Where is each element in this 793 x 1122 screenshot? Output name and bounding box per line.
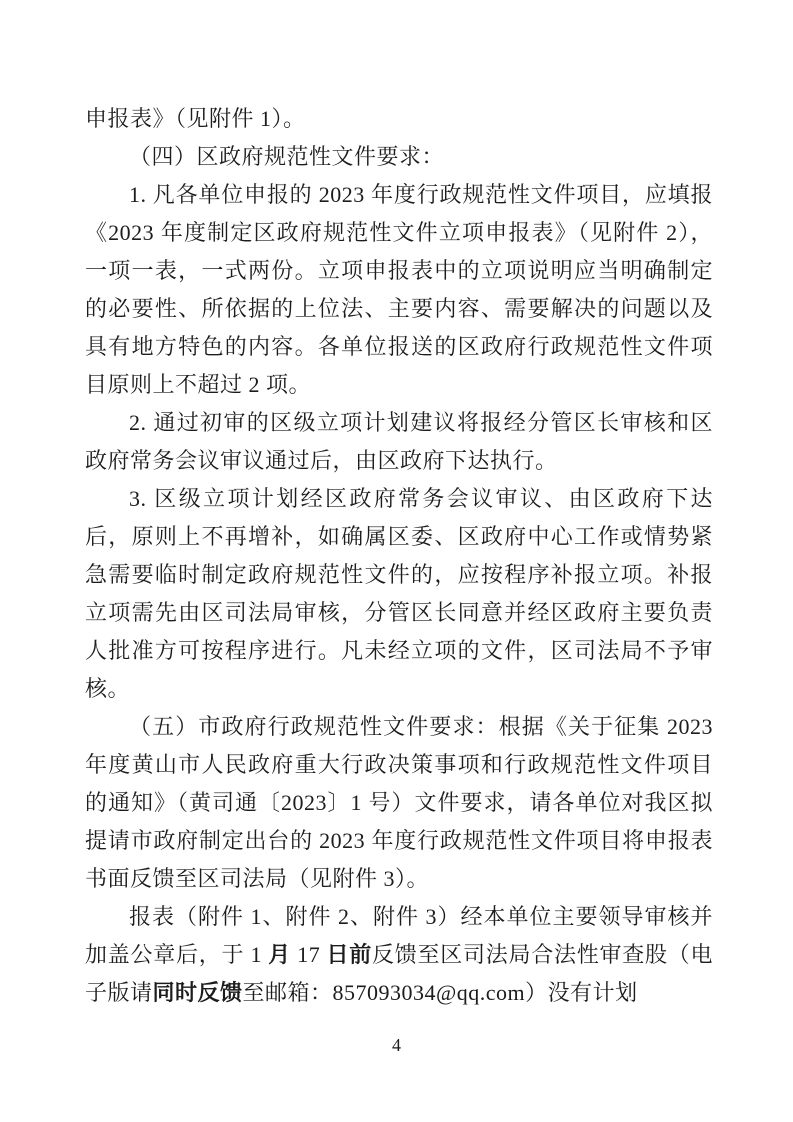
- bold-text-run: 同时反馈: [153, 980, 243, 1005]
- item-2-paragraph: 2. 通过初审的区级立项计划建议将报经分管区长审核和区政府常务会议审议通过后，由…: [85, 404, 713, 480]
- text-run: 17: [291, 942, 327, 967]
- text-run: （四）区政府规范性文件要求：: [129, 144, 444, 169]
- text-run: 2. 通过初审的区级立项计划建议将报经分管区长审核和区政府常务会议审议通过后，由…: [85, 410, 713, 473]
- document-body: 申报表》（见附件 1）。（四）区政府规范性文件要求：1. 凡各单位申报的 202…: [85, 100, 713, 1012]
- section-4-heading: （四）区政府规范性文件要求：: [85, 138, 713, 176]
- text-run: 申报表》（见附件 1）。: [85, 106, 306, 131]
- page-footer: 4: [0, 1034, 793, 1056]
- text-run: 1. 凡各单位申报的 2023 年度行政规范性文件项目，应填报《2023 年度制…: [85, 182, 713, 397]
- bold-text-run: 日前: [326, 942, 372, 967]
- page-number: 4: [392, 1035, 401, 1055]
- document-page: 申报表》（见附件 1）。（四）区政府规范性文件要求：1. 凡各单位申报的 202…: [0, 0, 793, 1122]
- text-run: 至邮箱：857093034@qq.com）没有计划: [243, 980, 638, 1005]
- text-run: （五）市政府行政规范性文件要求：根据《关于征集 2023 年度黄山市人民政府重大…: [85, 714, 713, 891]
- text-run: 3. 区级立项计划经区政府常务会议审议、由区政府下达后，原则上不再增补，如确属区…: [85, 486, 713, 701]
- bold-text-run: 月: [268, 942, 291, 967]
- item-3-paragraph: 3. 区级立项计划经区政府常务会议审议、由区政府下达后，原则上不再增补，如确属区…: [85, 480, 713, 708]
- continuation-paragraph: 申报表》（见附件 1）。: [85, 100, 713, 138]
- section-5-paragraph: （五）市政府行政规范性文件要求：根据《关于征集 2023 年度黄山市人民政府重大…: [85, 708, 713, 898]
- item-1-paragraph: 1. 凡各单位申报的 2023 年度行政规范性文件项目，应填报《2023 年度制…: [85, 176, 713, 404]
- deadline-paragraph: 报表（附件 1、附件 2、附件 3）经本单位主要领导审核并加盖公章后，于 1 月…: [85, 898, 713, 1012]
